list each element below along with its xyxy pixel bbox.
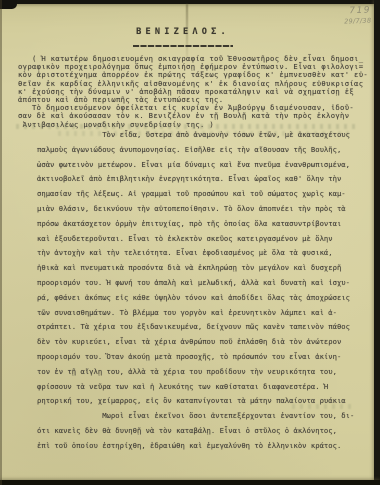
text-line: ἐπὶ τοῦ ὁποίου ἐστηρίχθη, ἑδραιώθη καὶ ἐ… (37, 439, 355, 454)
text-line: καὶ ἐξουδετεροῦνται. Εἶναι τὸ ἐκλεκτὸν σ… (37, 232, 355, 247)
scan-edge-bottom (0, 480, 380, 485)
scan-edge-right (374, 0, 380, 485)
text-line: φρίσσουν τὰ νεῦρα των καὶ ἡ λευκότης των… (37, 380, 355, 395)
text-line: ότι κανεὶς δὲν θὰ δυνηθῇ νὰ τὸν καταβάλῃ… (37, 424, 355, 439)
text-line: παλμοὺς ἀγωνιώδους ἀνυπομονησίας. Εἰσῆλθ… (37, 143, 355, 158)
text-line: δὲν τὸν κυριεύει, εἶναι τὰ χέρια ἀνθρώπο… (37, 335, 355, 350)
pencil-annotation: 719 29/7/38 (343, 6, 371, 27)
scan-edge-top (0, 0, 380, 4)
text-line: Μωροὶ εἶναι ἐκεῖνοι ὅσοι ἀντεπεξέρχονται… (37, 409, 355, 424)
text-line: Τὸν εἶδα, ὕστερα ἀπὸ ἀναμονὴν τόσων ἐτῶν… (37, 128, 355, 143)
title-underline (133, 45, 233, 47)
scan-corner-top-left (0, 0, 17, 9)
text-line: ἀκτινοβολεῖ ἀπὸ ἐπιβλητικὴν ἐνεργητικότη… (37, 172, 355, 187)
intro-paragraph: ( Ἡ κατωτέρω δημοσιευομένη σκιαγραφία το… (18, 55, 374, 129)
text-line: τον ἐν τῇ αἴγλῃ του, ἀλλὰ τὰ χέρια του π… (37, 365, 355, 380)
text-line: προορισμόν του. Ὅταν ἀκούῃ μετὰ προσοχῆς… (37, 350, 355, 365)
document-scan-page: 719 29/7/38 ΒΕΝΙΖΕΛΟΣ. ( Ἡ κατωτέρω δημο… (0, 0, 380, 485)
text-line: μιὰν θλάσιν, δεικνύουν τὴν αὐτοπεποίθησι… (37, 202, 355, 217)
text-line: σημασίαν τῆς λέξεως. Αἱ γραμμαὶ τοῦ προσ… (37, 187, 355, 202)
text-line: τῶν συναισθημάτων. Τὸ βλέμμα του γοργὸν … (37, 306, 355, 321)
text-line: στράπτει. Τὰ χέρια του ἐξιδανικευμένα, δ… (37, 320, 355, 335)
text-line: ὡσὰν φωτεινὸν μετέωρον. Εἶναι μία δύναμι… (37, 158, 355, 173)
text-line: πρόσω ἀκατάσχετον ὁρμὴν ἐπιτυχίας, πρὸ τ… (37, 217, 355, 232)
page-title: ΒΕΝΙΖΕΛΟΣ. (136, 27, 230, 37)
text-line: ἠθικὰ καὶ πνευματικὰ προσόντα διὰ νὰ ἐκπ… (37, 261, 355, 276)
text-line: προορισμόν του. Ἡ φωνή του ἁπαλὴ καὶ μελ… (37, 276, 355, 291)
text-line: τὴν ἀντοχὴν καὶ τὴν τελειότητα. Εἶναι ἐφ… (37, 246, 355, 261)
body-text: Τὸν εἶδα, ὕστερα ἀπὸ ἀναμονὴν τόσων ἐτῶν… (37, 128, 355, 454)
text-line: ρητορική του, χείμαρρος, εἰς ὃν καταπνίγ… (37, 394, 355, 409)
pencil-annotation-date: 29/7/38 (344, 16, 372, 27)
text-line: ρά, φθάνει ἀκόπως εἰς κάθε ὑψηλὸν τόνον … (37, 291, 355, 306)
scan-edge-left (0, 0, 2, 485)
